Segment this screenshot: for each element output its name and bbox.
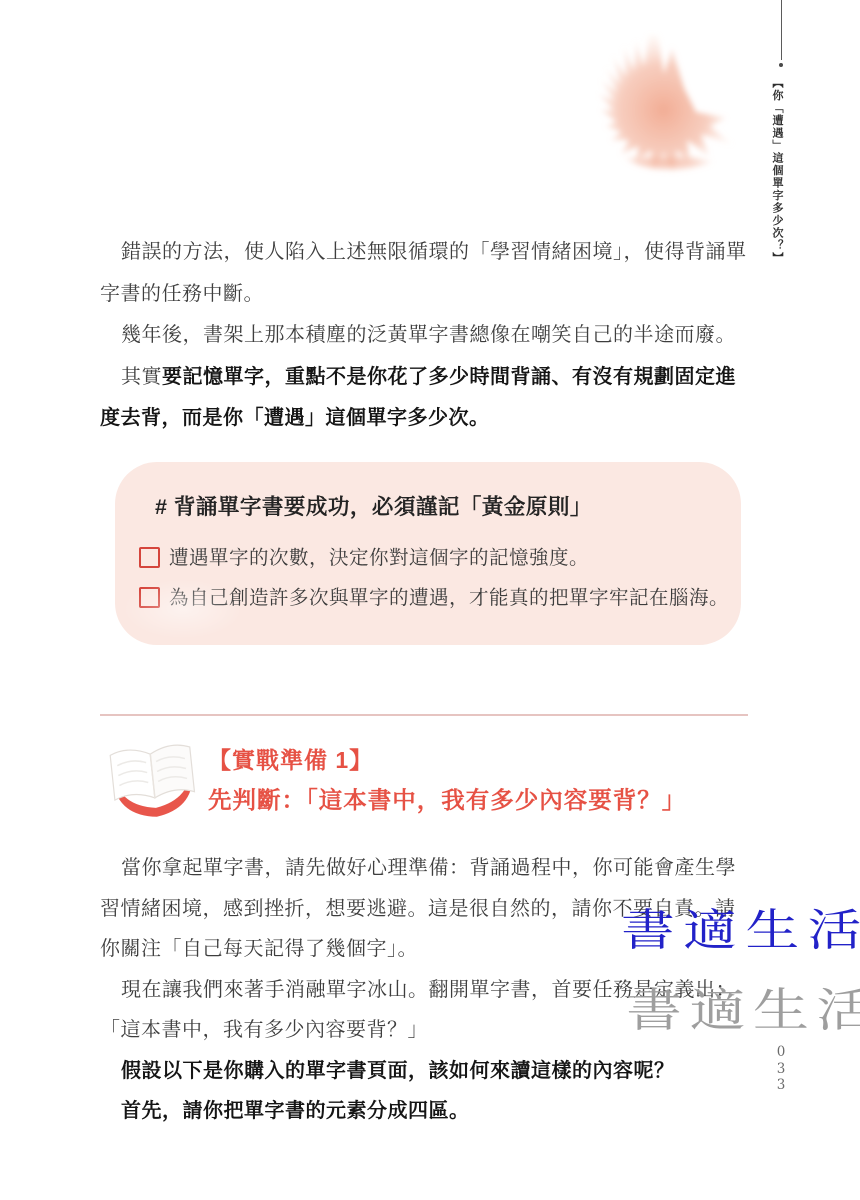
paragraph-lead: 其實	[121, 366, 162, 388]
running-head-rule	[781, 0, 782, 60]
callout-title: # 背誦單字書要成功，必須謹記「黃金原則」	[155, 490, 741, 521]
page-number-digit: 3	[774, 1077, 788, 1094]
running-head-rule-dot	[779, 63, 783, 67]
paragraph-bold-text: 要記憶單字，重點不是你花了多少時間背誦、有沒有規劃固定進度去背，而是你「遭遇」這…	[100, 366, 736, 430]
golden-rule-callout: # 背誦單字書要成功，必須謹記「黃金原則」 遭遇單字的次數，決定你對這個字的記憶…	[115, 462, 741, 645]
intro-paragraphs: 錯誤的方法，使人陷入上述無限循環的「學習情緒困境」，使得背誦單字書的任務中斷。 …	[100, 232, 752, 440]
paragraph: 現在讓我們來著手消融單字冰山。翻開單字書，首要任務是定義出：「這本書中，我有多少…	[100, 970, 752, 1051]
open-book-icon	[106, 740, 200, 820]
book-page: 【你「遭遇」這個單字多少次？】 錯誤的方法，使人陷入上述無限循環的「學習情緒困境…	[0, 0, 860, 1200]
paragraph: 錯誤的方法，使人陷入上述無限循環的「學習情緒困境」，使得背誦單字書的任務中斷。	[100, 232, 752, 315]
body-paragraphs: 當你拿起單字書，請先做好心理準備：背誦過程中，你可能會產生學習情緒困境，感到挫折…	[100, 848, 752, 1132]
callout-checklist: 遭遇單字的次數，決定你對這個字的記憶強度。 為自己創造許多次與單字的遭遇，才能真…	[115, 538, 741, 618]
section-header: 【實戰準備 1】 先判斷：「這本書中，我有多少內容要背？」	[208, 740, 686, 820]
checklist-item-label: 為自己創造許多次與單字的遭遇，才能真的把單字牢記在腦海。	[169, 578, 729, 618]
running-head-caption: 【你「遭遇」這個單字多少次？】	[769, 77, 785, 262]
section-divider	[100, 714, 748, 716]
page-number: 0 3 3	[774, 1044, 788, 1094]
checklist-item: 遭遇單字的次數，決定你對這個字的記憶強度。	[139, 538, 741, 578]
empty-checkbox-icon	[139, 587, 160, 608]
section-kicker: 【實戰準備 1】	[208, 740, 686, 780]
section-title: 先判斷：「這本書中，我有多少內容要背？」	[208, 780, 686, 820]
checklist-item-label: 遭遇單字的次數，決定你對這個字的記憶強度。	[169, 538, 589, 578]
empty-checkbox-icon	[139, 547, 160, 568]
checklist-item: 為自己創造許多次與單字的遭遇，才能真的把單字牢記在腦海。	[139, 578, 741, 618]
page-number-digit: 3	[774, 1061, 788, 1078]
dove-watermark-icon	[563, 30, 748, 195]
paragraph-bold: 假設以下是你購入的單字書頁面，該如何來讀這樣的內容呢？	[100, 1051, 752, 1092]
page-number-digit: 0	[774, 1044, 788, 1061]
paragraph: 幾年後，書架上那本積塵的泛黃單字書總像在嘲笑自己的半途而廢。	[100, 315, 752, 357]
paragraph-emphasis: 其實要記憶單字，重點不是你花了多少時間背誦、有沒有規劃固定進度去背，而是你「遭遇…	[100, 357, 752, 440]
paragraph: 當你拿起單字書，請先做好心理準備：背誦過程中，你可能會產生學習情緒困境，感到挫折…	[100, 848, 752, 970]
paragraph-bold: 首先，請你把單字書的元素分成四區。	[100, 1091, 752, 1132]
